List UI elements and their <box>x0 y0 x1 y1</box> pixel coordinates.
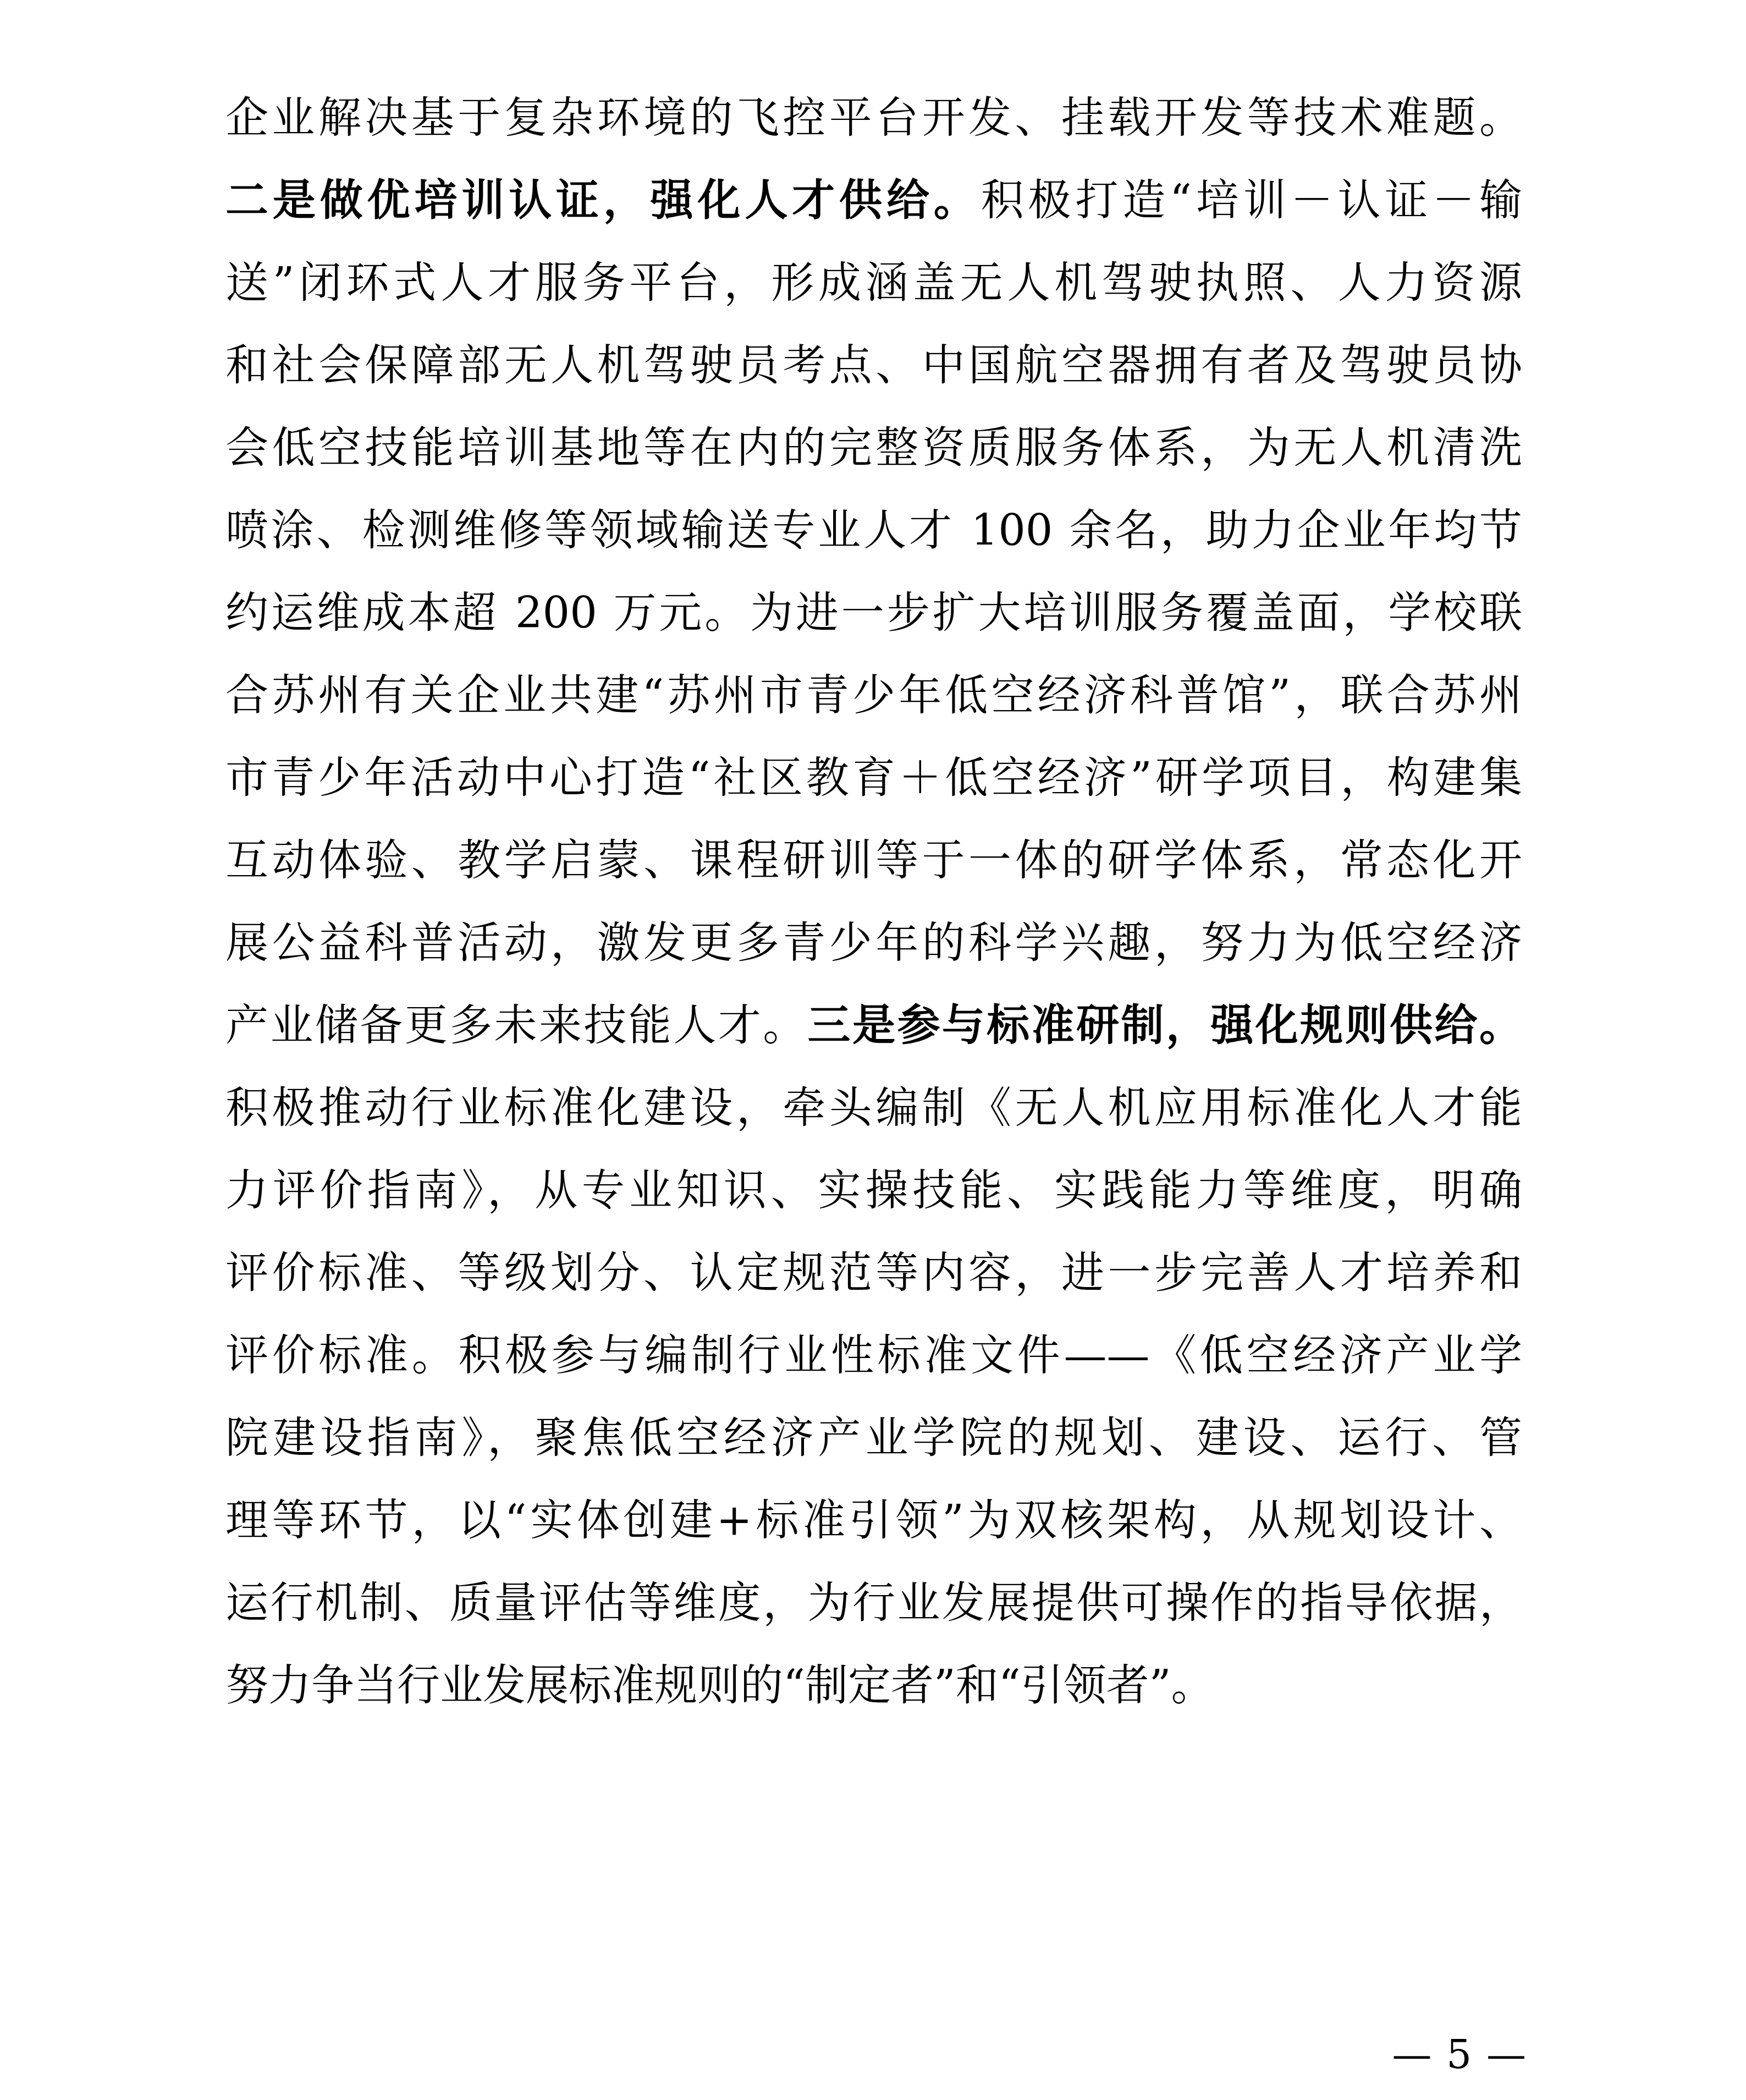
text-line: 积极推动行业标准化建设，牵头编制《无人机应用标准化人才能 <box>225 1067 1522 1150</box>
line-text: 互动体验、教学启蒙、课程研训等于一体的研学体系，常态化开 <box>225 836 1522 886</box>
text-line: 二是做优培训认证，强化人才供给。积极打造“培训－认证－输 <box>225 160 1522 242</box>
line-text: 院建设指南》，聚焦低空经济产业学院的规划、建设、运行、管 <box>225 1414 1522 1463</box>
text-line: 评价标准。积极参与编制行业性标准文件——《低空经济产业学 <box>225 1315 1522 1397</box>
line-text: 展公益科普活动，激发更多青少年的科学兴趣，努力为低空经济 <box>225 919 1522 968</box>
line-text-bold: 二是做优培训认证，强化人才供给。 <box>225 175 981 226</box>
text-line: 约运维成本超 200 万元。为进一步扩大培训服务覆盖面，学校联 <box>225 572 1522 655</box>
line-text-bold: 三是参与标准研制，强化规则供给。 <box>808 1000 1522 1051</box>
line-text: 产业储备更多未来技能人才。 <box>225 1001 808 1051</box>
text-line: 产业储备更多未来技能人才。三是参与标准研制，强化规则供给。 <box>225 985 1522 1067</box>
text-line: 展公益科普活动，激发更多青少年的科学兴趣，努力为低空经济 <box>225 902 1522 985</box>
text-line: 企业解决基于复杂环境的飞控平台开发、挂载开发等技术难题。 <box>225 77 1522 160</box>
text-line: 努力争当行业发展标准规则的“制定者”和“引领者”。 <box>225 1645 1522 1727</box>
line-text: 会低空技能培训基地等在内的完整资质服务体系，为无人机清洗 <box>225 424 1522 473</box>
page-number: — 5 — <box>1392 2030 1527 2079</box>
line-text: 运行机制、质量评估等维度，为行业发展提供可操作的指导依据， <box>225 1579 1522 1628</box>
line-text: 和社会保障部无人机驾驶员考点、中国航空器拥有者及驾驶员协 <box>225 341 1522 391</box>
text-line: 送”闭环式人才服务平台，形成涵盖无人机驾驶执照、人力资源 <box>225 242 1522 325</box>
line-text: 送”闭环式人才服务平台，形成涵盖无人机驾驶执照、人力资源 <box>225 259 1522 308</box>
text-line: 合苏州有关企业共建“苏州市青少年低空经济科普馆”，联合苏州 <box>225 655 1522 737</box>
line-text: 努力争当行业发展标准规则的“制定者”和“引领者”。 <box>225 1661 1214 1711</box>
line-text: 理等环节，以“实体创建+标准引领”为双核架构，从规划设计、 <box>225 1496 1522 1546</box>
text-line: 评价标准、等级划分、认定规范等内容，进一步完善人才培养和 <box>225 1232 1522 1315</box>
text-line: 院建设指南》，聚焦低空经济产业学院的规划、建设、运行、管 <box>225 1397 1522 1480</box>
text-line: 互动体验、教学启蒙、课程研训等于一体的研学体系，常态化开 <box>225 820 1522 902</box>
text-line: 力评价指南》，从专业知识、实操技能、实践能力等维度，明确 <box>225 1150 1522 1232</box>
document-page: 企业解决基于复杂环境的飞控平台开发、挂载开发等技术难题。 二是做优培训认证，强化… <box>0 0 1746 2100</box>
line-text: 合苏州有关企业共建“苏州市青少年低空经济科普馆”，联合苏州 <box>225 671 1522 721</box>
text-line: 理等环节，以“实体创建+标准引领”为双核架构，从规划设计、 <box>225 1480 1522 1562</box>
text-line: 会低空技能培训基地等在内的完整资质服务体系，为无人机清洗 <box>225 407 1522 490</box>
text-line: 喷涂、检测维修等领域输送专业人才 100 余名，助力企业年均节 <box>225 490 1522 572</box>
line-text: 约运维成本超 200 万元。为进一步扩大培训服务覆盖面，学校联 <box>225 589 1522 638</box>
line-text: 力评价指南》，从专业知识、实操技能、实践能力等维度，明确 <box>225 1166 1522 1216</box>
line-text: 积极推动行业标准化建设，牵头编制《无人机应用标准化人才能 <box>225 1084 1522 1133</box>
document-body: 企业解决基于复杂环境的飞控平台开发、挂载开发等技术难题。 二是做优培训认证，强化… <box>225 77 1522 1727</box>
text-line: 市青少年活动中心打造“社区教育＋低空经济”研学项目，构建集 <box>225 737 1522 820</box>
line-text: 评价标准、等级划分、认定规范等内容，进一步完善人才培养和 <box>225 1249 1522 1298</box>
line-text: 积极打造“培训－认证－输 <box>981 176 1522 226</box>
line-text: 评价标准。积极参与编制行业性标准文件——《低空经济产业学 <box>225 1331 1522 1381</box>
line-text: 市青少年活动中心打造“社区教育＋低空经济”研学项目，构建集 <box>225 754 1522 803</box>
text-line: 运行机制、质量评估等维度，为行业发展提供可操作的指导依据， <box>225 1562 1522 1645</box>
line-text: 喷涂、检测维修等领域输送专业人才 100 余名，助力企业年均节 <box>225 506 1522 556</box>
line-text: 企业解决基于复杂环境的飞控平台开发、挂载开发等技术难题。 <box>225 94 1522 143</box>
text-line: 和社会保障部无人机驾驶员考点、中国航空器拥有者及驾驶员协 <box>225 325 1522 407</box>
